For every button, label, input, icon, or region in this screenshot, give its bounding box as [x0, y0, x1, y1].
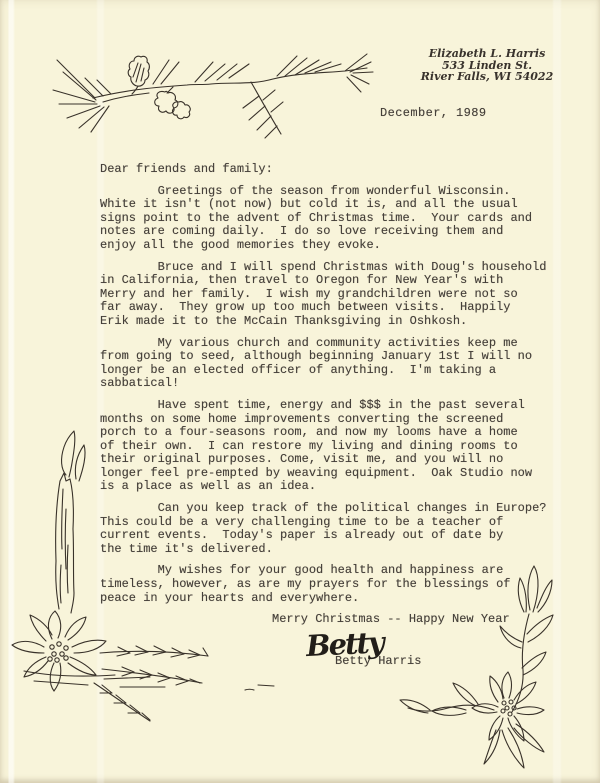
- paragraph: My various church and community activiti…: [100, 337, 570, 391]
- letter-body: Dear friends and family: Greetings of th…: [100, 163, 570, 668]
- paragraph: Can you keep track of the political chan…: [100, 502, 570, 556]
- salutation: Dear friends and family:: [100, 163, 570, 177]
- pine-branch-illustration: [45, 40, 375, 140]
- scanned-letter-page: Elizabeth L. Harris 533 Linden St. River…: [0, 0, 600, 783]
- date-line: December, 1989: [380, 106, 486, 120]
- paragraph: Have spent time, energy and $$$ in the p…: [100, 399, 570, 494]
- paragraph: Greetings of the season from wonderful W…: [100, 185, 570, 253]
- paragraph: Bruce and I will spend Christmas with Do…: [100, 261, 570, 329]
- closing-line: Merry Christmas -- Happy New Year: [272, 613, 570, 627]
- pen-dash-marks: [244, 678, 278, 696]
- paragraph: My wishes for your good health and happi…: [100, 564, 570, 605]
- letterhead: Elizabeth L. Harris 533 Linden St. River…: [407, 48, 567, 83]
- letterhead-name: Elizabeth L. Harris: [407, 48, 567, 60]
- letterhead-address-line2: River Falls, WI 54022: [407, 71, 567, 83]
